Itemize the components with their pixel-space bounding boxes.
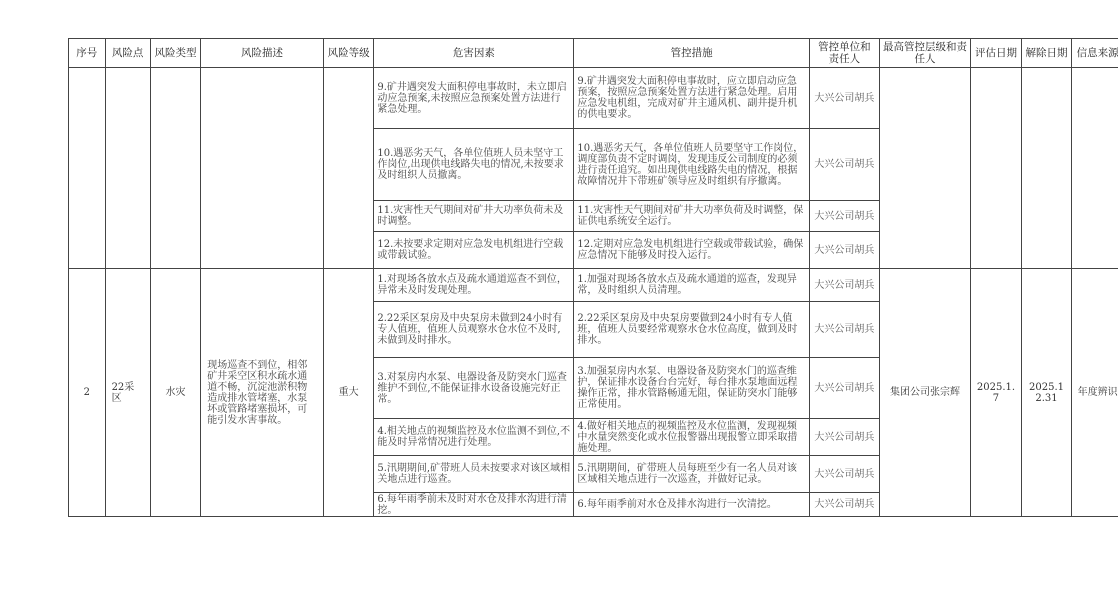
table-row: 9.矿井遇突发大面积停电事故时，未立即启动应急预案,未按照应急预案处置方法进行紧… [69, 68, 1118, 129]
cell-source [1072, 68, 1118, 269]
header-measure: 管控措施 [574, 39, 810, 68]
cell-source: 年度辨识 [1072, 269, 1118, 517]
header-hazard: 危害因素 [374, 39, 574, 68]
cell-hazard: 1.对现场各放水点及疏水通道巡查不到位，异常未及时发现处理。 [374, 269, 574, 302]
cell-measure: 9.矿井遇突发大面积停电事故时，应立即启动应急预案，按照应急预案处置方法进行紧急… [574, 68, 810, 129]
cell-risk-level [323, 68, 374, 269]
cell-unit: 大兴公司胡兵 [809, 493, 879, 517]
cell-measure: 10.遇恶劣天气，各单位值班人员要坚守工作岗位，调度部负责不定时调岗，发现违反公… [574, 129, 810, 201]
cell-measure: 5.汛期期间，矿带班人员每班至少有一名人员对该区域相关地点进行一次巡查，并做好记… [574, 456, 810, 493]
header-source: 信息来源 [1072, 39, 1118, 68]
cell-top-level [879, 68, 970, 269]
header-eval-date: 评估日期 [971, 39, 1022, 68]
cell-hazard: 11.灾害性天气期间对矿井大功率负荷未及时调整。 [374, 201, 574, 232]
cell-hazard: 6.每年雨季前未及时对水仓及排水沟进行清挖。 [374, 493, 574, 517]
cell-measure: 3.加强泵房内水泵、电器设备及防突水门的巡查维护，保证排水设备台台完好，每台排水… [574, 358, 810, 419]
header-risk-desc: 风险描述 [201, 39, 324, 68]
cell-risk-point [105, 68, 150, 269]
cell-unit: 大兴公司胡兵 [809, 201, 879, 232]
cell-risk-desc: 现场巡查不到位，相邻矿井采空区积水疏水通道不畅，沉淀池淤积物造成排水管堵塞，水泵… [201, 269, 324, 517]
cell-seq: 2 [69, 269, 106, 517]
cell-hazard: 3.对泵房内水泵、电器设备及防突水门巡查维护不到位,不能保证排水设备设施完好正常… [374, 358, 574, 419]
risk-table: 序号 风险点 风险类型 风险描述 风险等级 危害因素 管控措施 管控单位和责任人… [68, 38, 1118, 517]
cell-unit: 大兴公司胡兵 [809, 269, 879, 302]
cell-risk-desc [201, 68, 324, 269]
cell-release-date [1021, 68, 1072, 269]
cell-unit: 大兴公司胡兵 [809, 358, 879, 419]
cell-measure: 4.做好相关地点的视频监控及水位监测，发现视频中水量突然变化或水位报警器出现报警… [574, 419, 810, 456]
cell-hazard: 4.相关地点的视频监控及水位监测不到位,不能及时异常情况进行处理。 [374, 419, 574, 456]
cell-measure: 2.22采区泵房及中央泵房要做到24小时有专人值班，值班人员要经常观察水仓水位高… [574, 302, 810, 358]
cell-eval-date: 2025.1.7 [971, 269, 1022, 517]
cell-risk-type [150, 68, 201, 269]
cell-hazard: 5.汛期期间,矿带班人员未按要求对该区域相关地点进行巡查。 [374, 456, 574, 493]
header-unit: 管控单位和责任人 [809, 39, 879, 68]
cell-measure: 11.灾害性天气期间对矿井大功率负荷及时调整，保证供电系统安全运行。 [574, 201, 810, 232]
header-row: 序号 风险点 风险类型 风险描述 风险等级 危害因素 管控措施 管控单位和责任人… [69, 39, 1118, 68]
header-risk-point: 风险点 [105, 39, 150, 68]
cell-hazard: 9.矿井遇突发大面积停电事故时，未立即启动应急预案,未按照应急预案处置方法进行紧… [374, 68, 574, 129]
header-top-level: 最高管控层级和责任人 [879, 39, 970, 68]
header-seq: 序号 [69, 39, 106, 68]
cell-risk-point: 22采区 [105, 269, 150, 517]
cell-risk-type: 水灾 [150, 269, 201, 517]
cell-eval-date [971, 68, 1022, 269]
cell-measure: 12.定期对应急发电机组进行空载或带载试验，确保应急情况下能够及时投入运行。 [574, 232, 810, 269]
header-release-date: 解除日期 [1021, 39, 1072, 68]
header-risk-level: 风险等级 [323, 39, 374, 68]
cell-unit: 大兴公司胡兵 [809, 302, 879, 358]
cell-top-level: 集团公司张宗辉 [879, 269, 970, 517]
cell-seq [69, 68, 106, 269]
cell-hazard: 10.遇恶劣天气，各单位值班人员未坚守工作岗位,出现供电线路失电的情况,未按要求… [374, 129, 574, 201]
cell-measure: 1.加强对现场各放水点及疏水通道的巡查，发现异常，及时组织人员清理。 [574, 269, 810, 302]
cell-risk-level: 重大 [323, 269, 374, 517]
cell-hazard: 12.未按要求定期对应急发电机组进行空载或带载试验。 [374, 232, 574, 269]
cell-unit: 大兴公司胡兵 [809, 456, 879, 493]
cell-unit: 大兴公司胡兵 [809, 68, 879, 129]
header-risk-type: 风险类型 [150, 39, 201, 68]
cell-measure: 6.每年雨季前对水仓及排水沟进行一次清挖。 [574, 493, 810, 517]
cell-unit: 大兴公司胡兵 [809, 129, 879, 201]
cell-unit: 大兴公司胡兵 [809, 419, 879, 456]
cell-hazard: 2.22采区泵房及中央泵房未做到24小时有专人值班，值班人员观察水仓水位不及时,… [374, 302, 574, 358]
table-row: 2 22采区 水灾 现场巡查不到位，相邻矿井采空区积水疏水通道不畅，沉淀池淤积物… [69, 269, 1118, 302]
cell-release-date: 2025.12.31 [1021, 269, 1072, 517]
cell-unit: 大兴公司胡兵 [809, 232, 879, 269]
